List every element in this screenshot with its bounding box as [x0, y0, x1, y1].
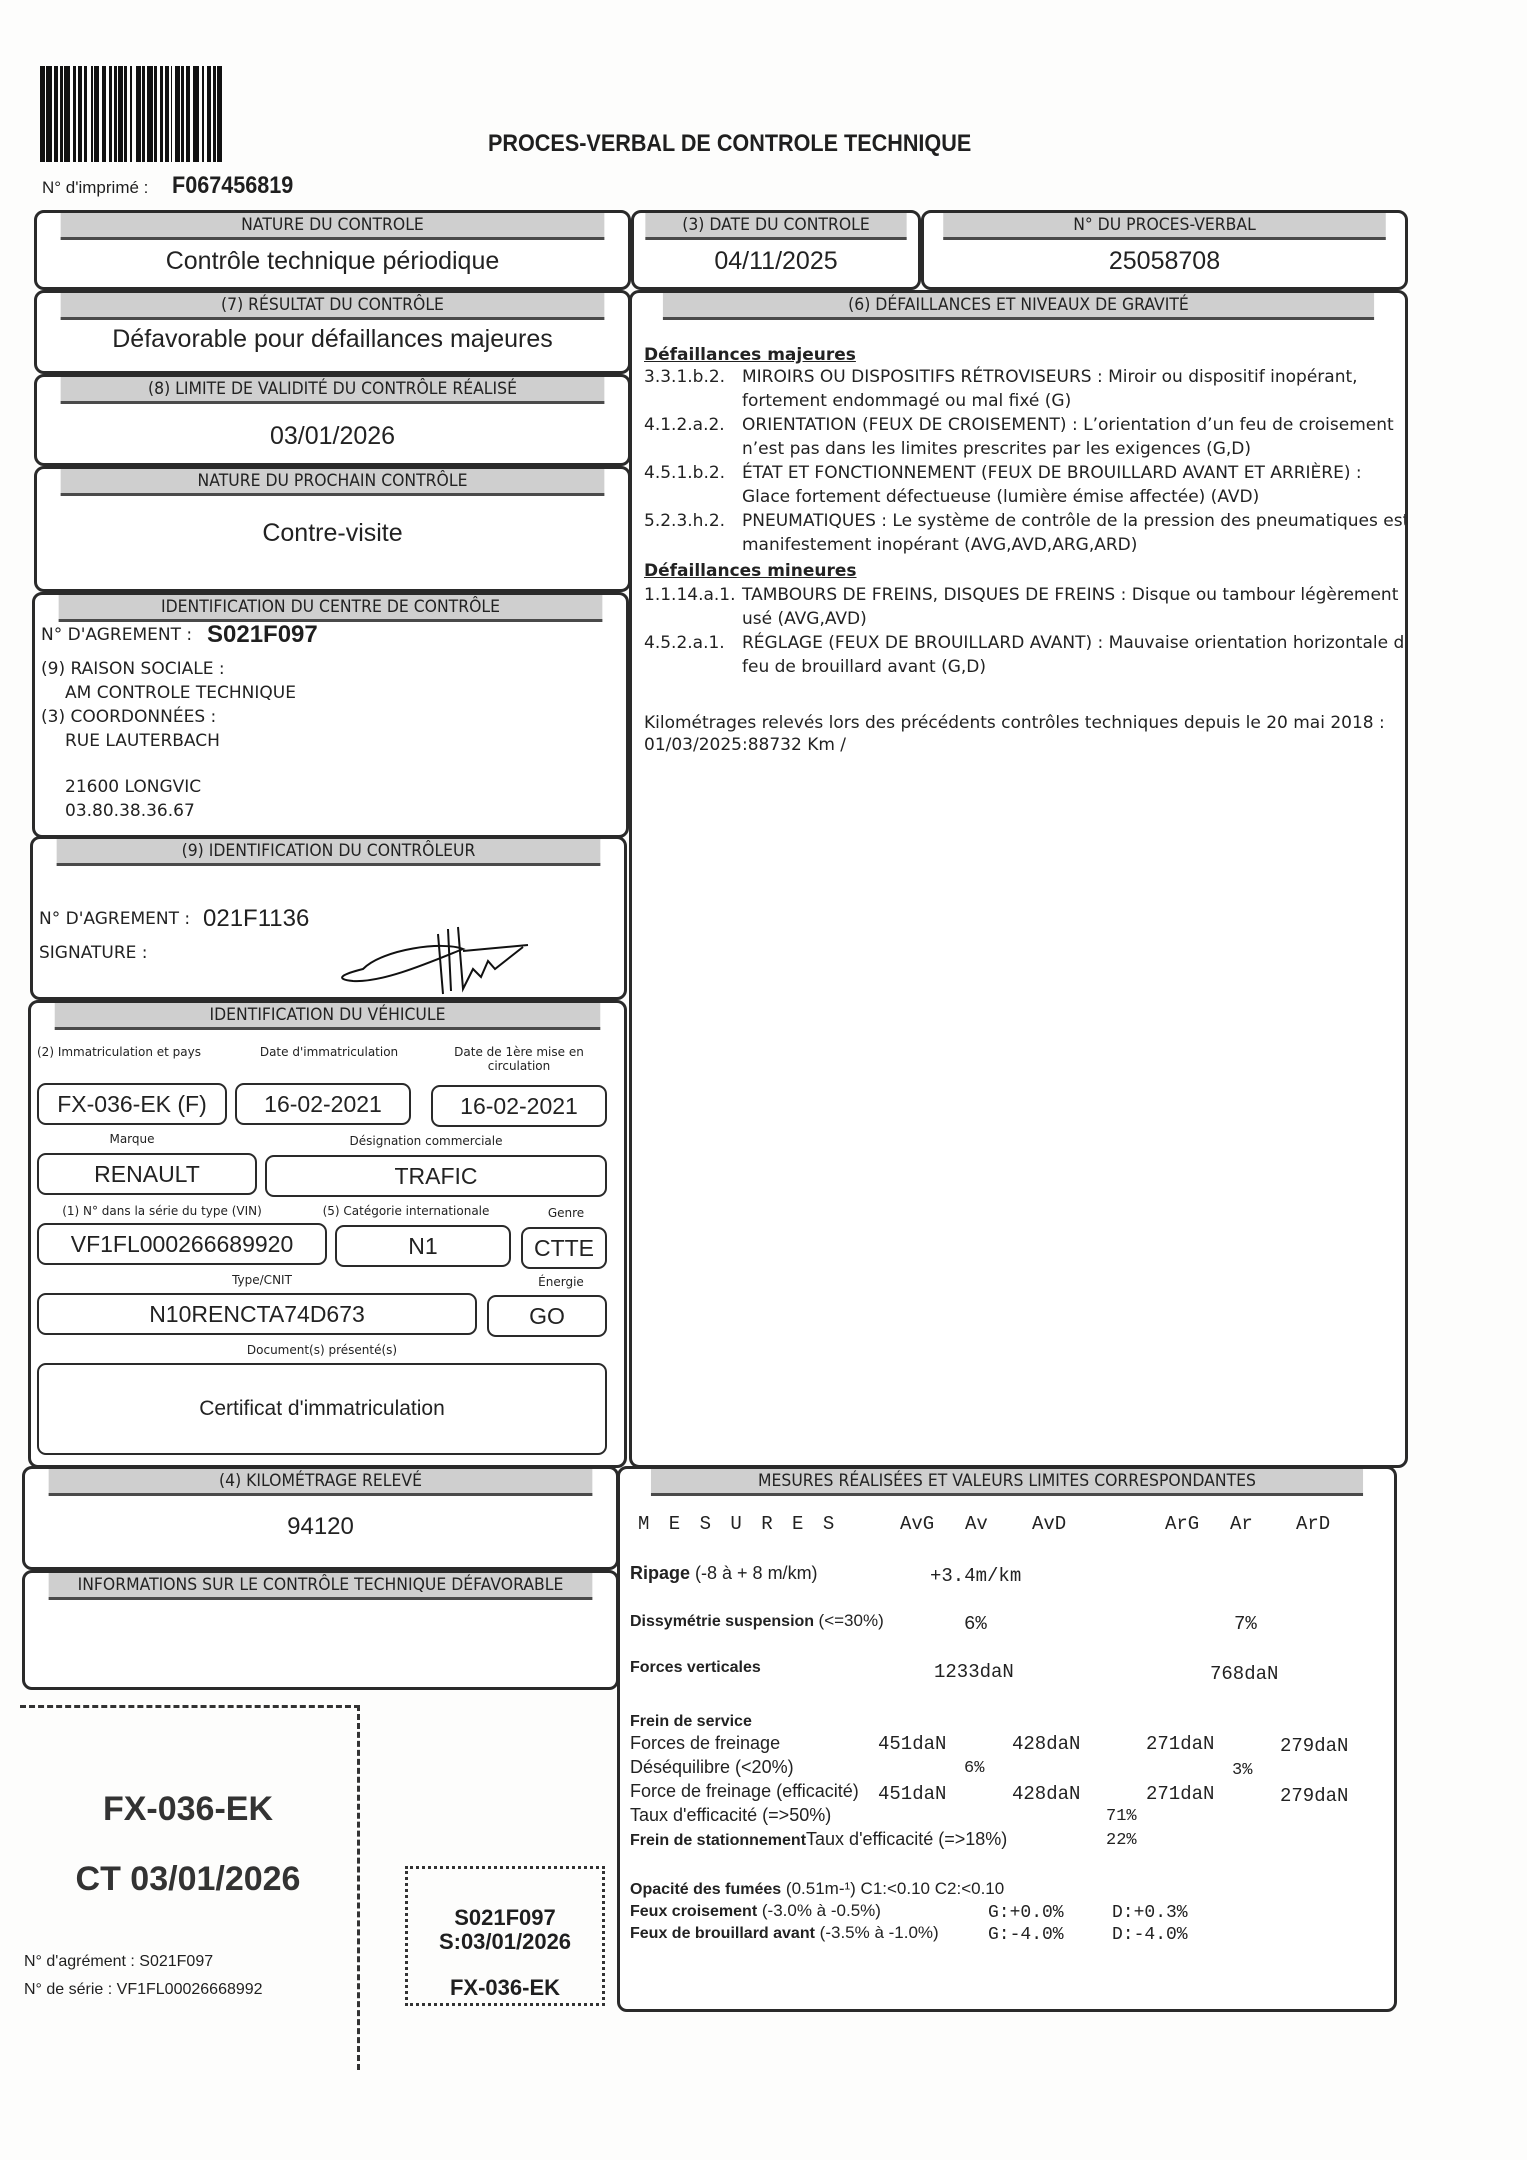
vignette-serie: N° de série : VF1FL00026668992: [24, 1981, 263, 1999]
ripage-label: Ripage: [630, 1563, 690, 1583]
centre-agrement-label: N° D'AGREMENT :: [41, 625, 192, 645]
ripage-limit: (-8 à + 8 m/km): [695, 1563, 818, 1583]
address-line1: RUE LAUTERBACH: [65, 731, 220, 751]
dissymetrie-ar: 7%: [1234, 1613, 1257, 1635]
limite-validite-value: 03/01/2026: [37, 422, 628, 451]
feux-brouillard-limit: (-3.5% à -1.0%): [820, 1923, 939, 1942]
designation-field: TRAFIC: [265, 1155, 607, 1197]
raison-sociale-value: AM CONTROLE TECHNIQUE: [65, 683, 296, 703]
col-avg: AvG: [900, 1513, 934, 1535]
desequilibre-ar: 3%: [1232, 1761, 1252, 1780]
feux-brouillard-g: G:-4.0%: [988, 1925, 1064, 1945]
defaillance-text-cont: n’est pas dans les limites prescrites pa…: [742, 437, 1251, 461]
infos-defavorable-box: INFORMATIONS SUR LE CONTRÔLE TECHNIQUE D…: [22, 1570, 619, 1690]
frein-stationnement-taux-label: Taux d'efficacité (=>18%): [806, 1829, 1007, 1849]
page-title: PROCES-VERBAL DE CONTROLE TECHNIQUE: [488, 130, 971, 158]
opacite-values: C1:<0.10 C2:<0.10: [861, 1879, 1005, 1898]
defaillance-item: 5.2.3.h.2.PNEUMATIQUES : Le système de c…: [644, 509, 1408, 533]
barcode: [40, 66, 380, 162]
feux-brouillard-label: Feux de brouillard avant: [630, 1925, 815, 1942]
num-pv-value: 25058708: [924, 247, 1405, 276]
forces-freinage-label: Forces de freinage: [630, 1733, 780, 1754]
force-efficacite-arg: 271daN: [1146, 1783, 1214, 1805]
num-pv-box: N° DU PROCES-VERBAL 25058708: [921, 210, 1408, 290]
raison-sociale-label: (9) RAISON SOCIALE :: [41, 659, 225, 679]
defaillance-code: 4.5.2.a.1.: [644, 631, 742, 655]
centre-box: IDENTIFICATION DU CENTRE DE CONTRÔLE N° …: [32, 592, 629, 838]
defaillance-code: 4.5.1.b.2.: [644, 461, 742, 485]
resultat-header: (7) RÉSULTAT DU CONTRÔLE: [61, 293, 605, 320]
controleur-agrement-value: 021F1136: [203, 905, 309, 933]
vin-field: VF1FL000266689920: [37, 1223, 327, 1265]
controleur-box: (9) IDENTIFICATION DU CONTRÔLEUR N° D'AG…: [30, 836, 627, 1000]
centre-header: IDENTIFICATION DU CENTRE DE CONTRÔLE: [59, 595, 603, 622]
col-arg: ArG: [1165, 1513, 1199, 1535]
taux-efficacite-value: 71%: [1106, 1807, 1137, 1826]
defaillance-code: 1.1.14.a.1.: [644, 583, 742, 607]
feux-croisement-d: D:+0.3%: [1112, 1903, 1188, 1923]
categorie-field: N1: [335, 1225, 511, 1267]
majeures-label: Défaillances majeures: [644, 343, 856, 367]
date-controle-header: (3) DATE DU CONTROLE: [645, 213, 906, 240]
vignette-agrement: N° d'agrément : S021F097: [24, 1953, 213, 1971]
vignette-ct-date: CT 03/01/2026: [20, 1860, 356, 1899]
imprime-number: F067456819: [172, 172, 293, 200]
ripage-value: +3.4m/km: [930, 1565, 1021, 1587]
dissymetrie-label: Dissymétrie suspension: [630, 1613, 814, 1630]
dissymetrie-limit: (<=30%): [819, 1611, 884, 1630]
feux-croisement-limit: (-3.0% à -0.5%): [762, 1901, 881, 1920]
defaillance-item: 4.1.2.a.2.ORIENTATION (FEUX DE CROISEMEN…: [644, 413, 1394, 437]
marque-field: RENAULT: [37, 1153, 257, 1195]
date-immat-field: 16-02-2021: [235, 1083, 411, 1125]
defaillance-text-cont: feu de brouillard avant (G,D): [742, 655, 986, 679]
energie-label: Énergie: [511, 1275, 611, 1289]
forces-freinage-avd: 428daN: [1012, 1733, 1080, 1755]
defaillance-text: TAMBOURS DE FREINS, DISQUES DE FREINS : …: [742, 585, 1398, 605]
nature-controle-value: Contrôle technique périodique: [37, 247, 628, 276]
kilometrage-header: (4) KILOMÉTRAGE RELEVÉ: [49, 1469, 593, 1496]
prochain-controle-box: NATURE DU PROCHAIN CONTRÔLE Contre-visit…: [34, 466, 631, 592]
designation-label: Désignation commerciale: [261, 1134, 591, 1148]
opacite-label: Opacité des fumées: [630, 1881, 781, 1898]
immat-field: FX-036-EK (F): [37, 1083, 227, 1125]
forces-verticales-label: Forces verticales: [630, 1659, 761, 1676]
defaillance-code: 3.3.1.b.2.: [644, 365, 742, 389]
frein-stationnement-value: 22%: [1106, 1831, 1137, 1850]
km-history-line2: 01/03/2025:88732 Km /: [644, 733, 846, 757]
marque-label: Marque: [37, 1132, 227, 1146]
desequilibre-label: Déséquilibre (<20%): [630, 1757, 794, 1778]
forces-verticales-ar: 768daN: [1210, 1663, 1278, 1685]
prochain-controle-header: NATURE DU PROCHAIN CONTRÔLE: [61, 469, 605, 496]
defaillance-text: RÉGLAGE (FEUX DE BROUILLARD AVANT) : Mau…: [742, 633, 1408, 653]
vignette-plate: FX-036-EK: [20, 1790, 356, 1829]
defaillance-item: 1.1.14.a.1.TAMBOURS DE FREINS, DISQUES D…: [644, 583, 1398, 607]
vin-label: (1) N° dans la série du type (VIN): [37, 1204, 287, 1218]
stamp-line3: FX-036-EK: [408, 1975, 602, 2001]
controleur-header: (9) IDENTIFICATION DU CONTRÔLEUR: [57, 839, 601, 866]
nature-controle-header: NATURE DU CONTROLE: [61, 213, 605, 240]
force-efficacite-ard: 279daN: [1280, 1785, 1348, 1807]
cnit-label: Type/CNIT: [37, 1273, 487, 1287]
kilometrage-box: (4) KILOMÉTRAGE RELEVÉ 94120: [22, 1466, 619, 1570]
resultat-box: (7) RÉSULTAT DU CONTRÔLE Défavorable pou…: [34, 290, 631, 374]
date-controle-value: 04/11/2025: [634, 247, 918, 276]
vehicule-box: IDENTIFICATION DU VÉHICULE (2) Immatricu…: [28, 1000, 627, 1468]
stamp-line2: S:03/01/2026: [408, 1929, 602, 1955]
phone: 03.80.38.36.67: [65, 801, 195, 821]
defaillance-text-cont: usé (AVG,AVD): [742, 607, 867, 631]
force-efficacite-avg: 451daN: [878, 1783, 946, 1805]
mesures-box: MESURES RÉALISÉES ET VALEURS LIMITES COR…: [617, 1466, 1397, 2012]
documents-label: Document(s) présenté(s): [37, 1343, 607, 1357]
resultat-value: Défavorable pour défaillances majeures: [37, 325, 628, 354]
nature-controle-box: NATURE DU CONTROLE Contrôle technique pé…: [34, 210, 631, 290]
vehicule-header: IDENTIFICATION DU VÉHICULE: [55, 1003, 601, 1030]
documents-field: Certificat d'immatriculation: [37, 1363, 607, 1455]
controleur-agrement-label: N° D'AGREMENT :: [39, 909, 190, 929]
cnit-field: N10RENCTA74D673: [37, 1293, 477, 1335]
defaillance-item: 4.5.2.a.1.RÉGLAGE (FEUX DE BROUILLARD AV…: [644, 631, 1408, 655]
prochain-controle-value: Contre-visite: [37, 519, 628, 548]
defaillance-code: 4.1.2.a.2.: [644, 413, 742, 437]
categorie-label: (5) Catégorie internationale: [321, 1204, 491, 1218]
defaillance-text: PNEUMATIQUES : Le système de contrôle de…: [742, 511, 1408, 531]
opacite-limit: (0.51m-¹): [786, 1879, 856, 1898]
mesures-heading: M E S U R E S: [638, 1513, 838, 1535]
limite-validite-header: (8) LIMITE DE VALIDITÉ DU CONTRÔLE RÉALI…: [61, 377, 605, 404]
forces-verticales-av: 1233daN: [934, 1661, 1014, 1683]
coordonnees-label: (3) COORDONNÉES :: [41, 707, 216, 727]
col-ar: Ar: [1230, 1513, 1253, 1535]
signature-label: SIGNATURE :: [39, 943, 148, 963]
force-efficacite-label: Force de freinage (efficacité): [630, 1781, 859, 1802]
cut-line-horizontal: [20, 1705, 360, 1708]
desequilibre-av: 6%: [964, 1759, 984, 1778]
genre-label: Genre: [531, 1206, 601, 1220]
genre-field: CTTE: [521, 1227, 607, 1269]
defaillance-text: ORIENTATION (FEUX DE CROISEMENT) : L’ori…: [742, 415, 1394, 435]
frein-stationnement-label: Frein de stationnement: [630, 1832, 806, 1849]
feux-croisement-g: G:+0.0%: [988, 1903, 1064, 1923]
feux-brouillard-d: D:-4.0%: [1112, 1925, 1188, 1945]
num-pv-header: N° DU PROCES-VERBAL: [943, 213, 1386, 240]
km-history-line1: Kilométrages relevés lors des précédents…: [644, 711, 1385, 735]
defaillance-text-cont: Glace fortement défectueuse (lumière émi…: [742, 485, 1259, 509]
defaillance-text: MIROIRS OU DISPOSITIFS RÉTROVISEURS : Mi…: [742, 367, 1358, 387]
centre-agrement-value: S021F097: [207, 621, 318, 649]
defaillance-item: 3.3.1.b.2.MIROIRS OU DISPOSITIFS RÉTROVI…: [644, 365, 1358, 389]
energie-field: GO: [487, 1295, 607, 1337]
defaillance-item: 4.5.1.b.2.ÉTAT ET FONCTIONNEMENT (FEUX D…: [644, 461, 1362, 485]
cut-line-vertical: [357, 1705, 360, 2070]
date-circ-field: 16-02-2021: [431, 1085, 607, 1127]
col-av: Av: [965, 1513, 988, 1535]
defaillances-header: (6) DÉFAILLANCES ET NIVEAUX DE GRAVITÉ: [663, 293, 1374, 320]
date-immat-label: Date d'immatriculation: [254, 1045, 404, 1059]
immat-label: (2) Immatriculation et pays: [37, 1045, 201, 1059]
defaillance-text: ÉTAT ET FONCTIONNEMENT (FEUX DE BROUILLA…: [742, 463, 1362, 483]
date-circ-label: Date de 1ère mise en circulation: [439, 1045, 599, 1073]
defaillance-text-cont: fortement endommagé ou mal fixé (G): [742, 389, 1071, 413]
defaillance-code: 5.2.3.h.2.: [644, 509, 742, 533]
defaillance-text-cont: manifestement inopérant (AVG,AVD,ARG,ARD…: [742, 533, 1137, 557]
stamp-box: S021F097 S:03/01/2026 FX-036-EK: [405, 1866, 605, 2006]
force-efficacite-avd: 428daN: [1012, 1783, 1080, 1805]
limite-validite-box: (8) LIMITE DE VALIDITÉ DU CONTRÔLE RÉALI…: [34, 374, 631, 466]
infos-defavorable-header: INFORMATIONS SUR LE CONTRÔLE TECHNIQUE D…: [49, 1573, 593, 1600]
forces-freinage-arg: 271daN: [1146, 1733, 1214, 1755]
forces-freinage-avg: 451daN: [878, 1733, 946, 1755]
mineures-label: Défaillances mineures: [644, 559, 857, 583]
kilometrage-value: 94120: [25, 1513, 616, 1541]
mesures-header: MESURES RÉALISÉES ET VALEURS LIMITES COR…: [651, 1469, 1363, 1496]
dissymetrie-av: 6%: [964, 1613, 987, 1635]
taux-efficacite-label: Taux d'efficacité (=>50%): [630, 1805, 831, 1826]
signature-icon: [323, 899, 603, 999]
date-controle-box: (3) DATE DU CONTROLE 04/11/2025: [631, 210, 921, 290]
forces-freinage-ard: 279daN: [1280, 1735, 1348, 1757]
stamp-line1: S021F097: [408, 1905, 602, 1931]
frein-service-label: Frein de service: [630, 1713, 752, 1730]
col-ard: ArD: [1296, 1513, 1330, 1535]
imprime-label: N° d'imprimé :: [42, 178, 148, 198]
defaillances-box: (6) DÉFAILLANCES ET NIVEAUX DE GRAVITÉ D…: [629, 290, 1408, 1468]
address-line2: 21600 LONGVIC: [65, 777, 201, 797]
col-avd: AvD: [1032, 1513, 1066, 1535]
feux-croisement-label: Feux croisement: [630, 1903, 757, 1920]
